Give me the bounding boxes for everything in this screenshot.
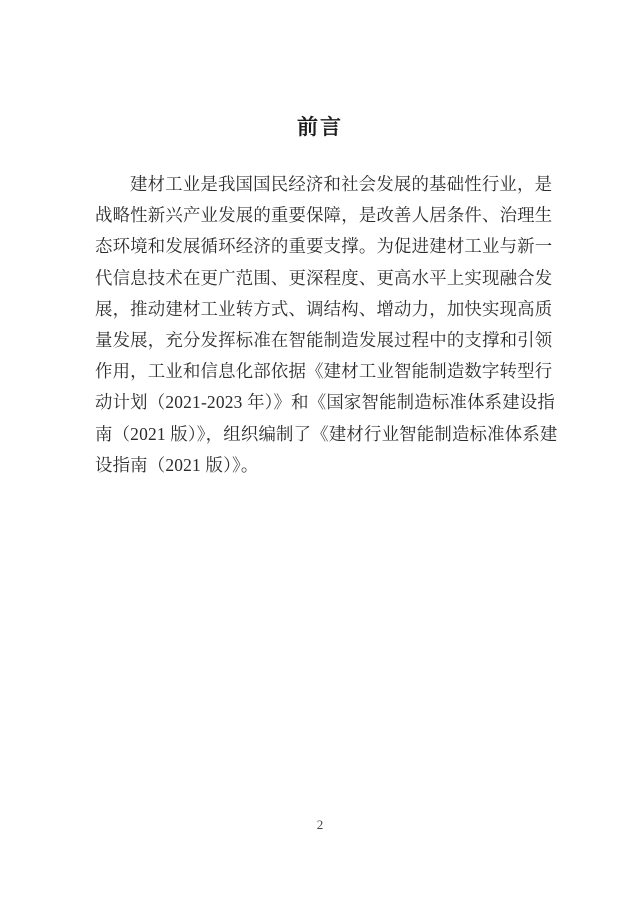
- paragraph-line: 作用，工业和信息化部依据《建材工业智能制造数字转型行: [95, 356, 547, 387]
- page-number: 2: [0, 816, 640, 834]
- paragraph-line: 展，推动建材工业转方式、调结构、增动力，加快实现高质: [95, 294, 547, 325]
- paragraph-line: 南（2021 版）》，组织编制了《建材行业智能制造标准体系建: [95, 419, 547, 450]
- paragraph-line: 代信息技术在更广范围、更深程度、更高水平上实现融合发: [95, 263, 547, 294]
- paragraph-line: 战略性新兴产业发展的重要保障，是改善人居条件、治理生: [95, 200, 547, 231]
- page-title: 前言: [0, 114, 640, 141]
- preface-paragraph: 建材工业是我国国民经济和社会发展的基础性行业，是 战略性新兴产业发展的重要保障，…: [95, 169, 547, 481]
- paragraph-line: 建材工业是我国国民经济和社会发展的基础性行业，是: [95, 169, 547, 200]
- document-page: 前言 建材工业是我国国民经济和社会发展的基础性行业，是 战略性新兴产业发展的重要…: [0, 0, 640, 904]
- paragraph-line: 动计划（2021-2023 年）》和《国家智能制造标准体系建设指: [95, 387, 547, 418]
- paragraph-line: 设指南（2021 版）》。: [95, 450, 547, 481]
- paragraph-line: 态环境和发展循环经济的重要支撑。为促进建材工业与新一: [95, 231, 547, 262]
- paragraph-line: 量发展，充分发挥标准在智能制造发展过程中的支撑和引领: [95, 325, 547, 356]
